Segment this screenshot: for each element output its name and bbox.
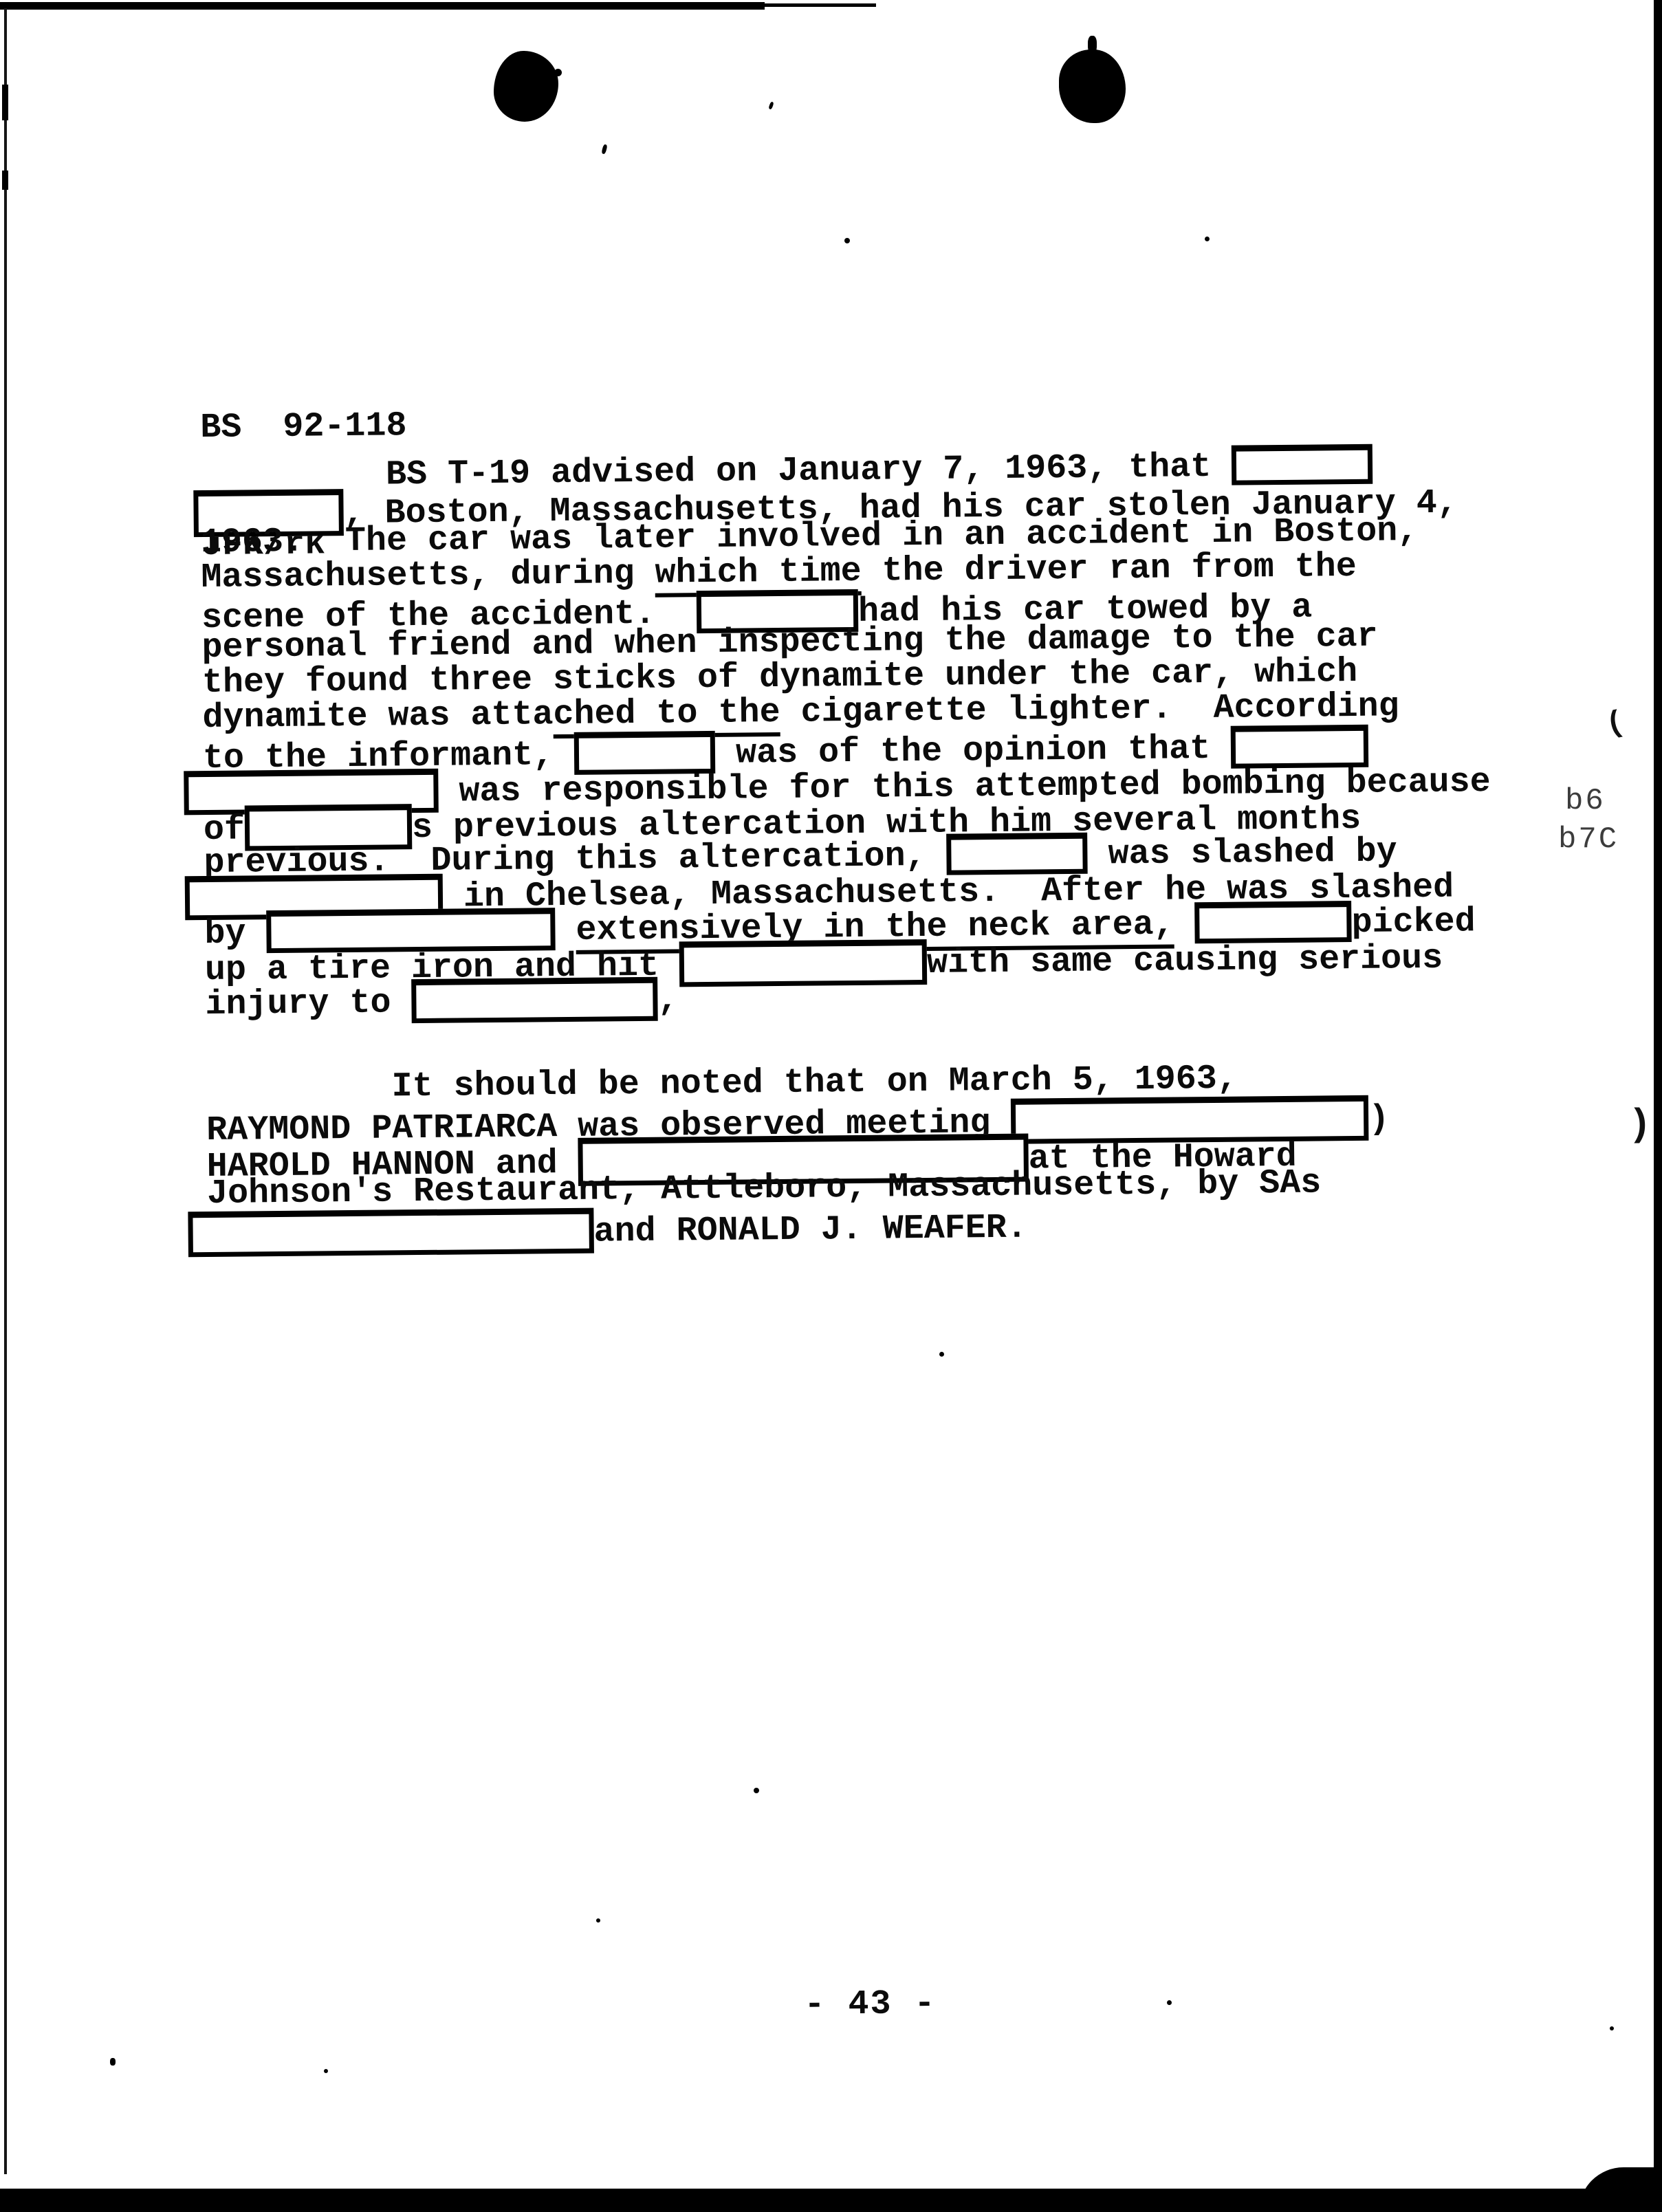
text-line-p2-5: and RONALD J. WEAFER. bbox=[207, 1204, 1027, 1257]
scanned-document-page: { "page": { "file_number": "BS 92-118", … bbox=[0, 0, 1662, 2212]
ink-speck bbox=[1088, 36, 1097, 54]
margin-note-b7c: b7C bbox=[1558, 822, 1619, 857]
page-edge-left bbox=[4, 8, 7, 2174]
text-segment: and RONALD J. WEAFER. bbox=[593, 1209, 1027, 1252]
redaction-box bbox=[679, 939, 928, 987]
page-edge-top-segment bbox=[765, 3, 876, 7]
text-line-p1-16: injury to , bbox=[205, 976, 679, 1025]
text-segment: Massachusetts, during bbox=[201, 554, 655, 598]
text-line-p2-4: Johnson's Restaurant, Attleboro, Massach… bbox=[207, 1165, 1322, 1212]
page-edge-left-blotch bbox=[2, 85, 8, 120]
ink-speck bbox=[754, 1788, 759, 1793]
redaction-box bbox=[188, 1208, 594, 1258]
stray-pen-mark-paren: ) bbox=[1628, 1103, 1652, 1147]
page-edge-top bbox=[0, 2, 765, 10]
ink-speck bbox=[110, 2058, 116, 2066]
ink-speck bbox=[1205, 237, 1210, 241]
text-segment: injury to bbox=[205, 983, 412, 1025]
text-segment: with same causing serious bbox=[927, 939, 1443, 983]
hole-punch-mark-right bbox=[1059, 50, 1126, 123]
ink-speck bbox=[324, 2069, 328, 2073]
page-edge-left-blotch bbox=[2, 171, 8, 190]
file-number: BS 92-118 bbox=[200, 406, 407, 448]
page-edge-right bbox=[1654, 0, 1662, 2212]
page-number: - 43 - bbox=[804, 1984, 937, 2025]
typed-content: BS 92-118 JFK/rk BS T-19 advised on Janu… bbox=[0, 0, 1662, 2212]
ink-speck bbox=[844, 238, 850, 243]
redaction-box bbox=[411, 977, 658, 1023]
page-edge-bottom bbox=[0, 2189, 1662, 2212]
ink-speck bbox=[1167, 2000, 1172, 2005]
text-segment: , bbox=[657, 981, 679, 1020]
ink-speck bbox=[939, 1352, 944, 1357]
margin-note-b6: b6 bbox=[1565, 784, 1606, 818]
ink-speck bbox=[554, 69, 562, 76]
text-segment: ) bbox=[1368, 1100, 1390, 1139]
ink-speck bbox=[1610, 2026, 1614, 2030]
text-segment: dynamite was atta bbox=[202, 695, 554, 738]
ink-speck bbox=[596, 1918, 600, 1923]
